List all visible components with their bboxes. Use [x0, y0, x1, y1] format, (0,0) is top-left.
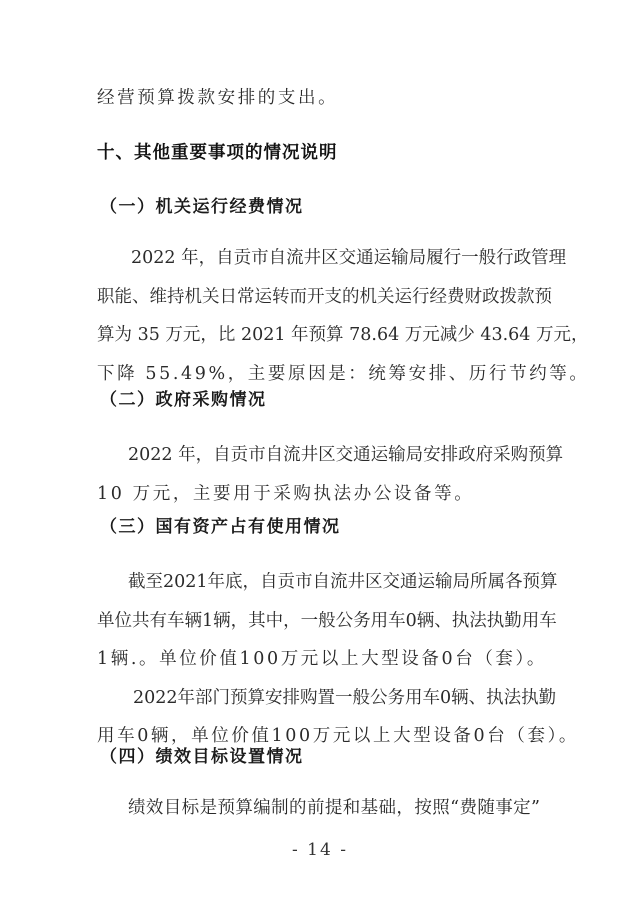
- page-number: - 14 -: [0, 840, 640, 860]
- subsection-heading-4: （四）绩效目标设置情况: [100, 745, 545, 769]
- subsection-heading-2: （二）政府采购情况: [100, 388, 545, 412]
- paragraph-line: 2022 年，自贡市自流井区交通运输局安排政府采购预算: [128, 443, 545, 467]
- paragraph-line: 10 万元，主要用于采购执法办公设备等。: [97, 482, 545, 506]
- paragraph-line: 2022年部门预算安排购置一般公务用车0辆、执法执勤: [133, 686, 545, 710]
- subsection-heading-1: （一）机关运行经费情况: [100, 195, 545, 219]
- paragraph-line: 2022 年，自贡市自流井区交通运输局履行一般行政管理: [131, 246, 545, 270]
- subsection-heading-3: （三）国有资产占有使用情况: [100, 515, 545, 539]
- paragraph-line: 单位共有车辆1辆，其中，一般公务用车0辆、执法执勤用车: [97, 609, 545, 633]
- section-heading: 十、其他重要事项的情况说明: [97, 141, 545, 165]
- paragraph-line: 1辆.。单位价值100万元以上大型设备0台（套）。: [97, 647, 545, 671]
- paragraph-line: 下降 55.49%，主要原因是：统筹安排、历行节约等。: [97, 362, 545, 386]
- carryover-text: 经营预算拨款安排的支出。: [97, 86, 545, 110]
- paragraph-line: 职能、维持机关日常运转而开支的机关运行经费财政拨款预: [97, 285, 545, 309]
- paragraph-line: 截至2021年底，自贡市自流井区交通运输局所属各预算: [128, 570, 545, 594]
- paragraph-line: 绩效目标是预算编制的前提和基础，按照“费随事定”: [128, 796, 540, 820]
- paragraph-line: 算为 35 万元，比 2021 年预算 78.64 万元减少 43.64 万元，: [97, 323, 545, 347]
